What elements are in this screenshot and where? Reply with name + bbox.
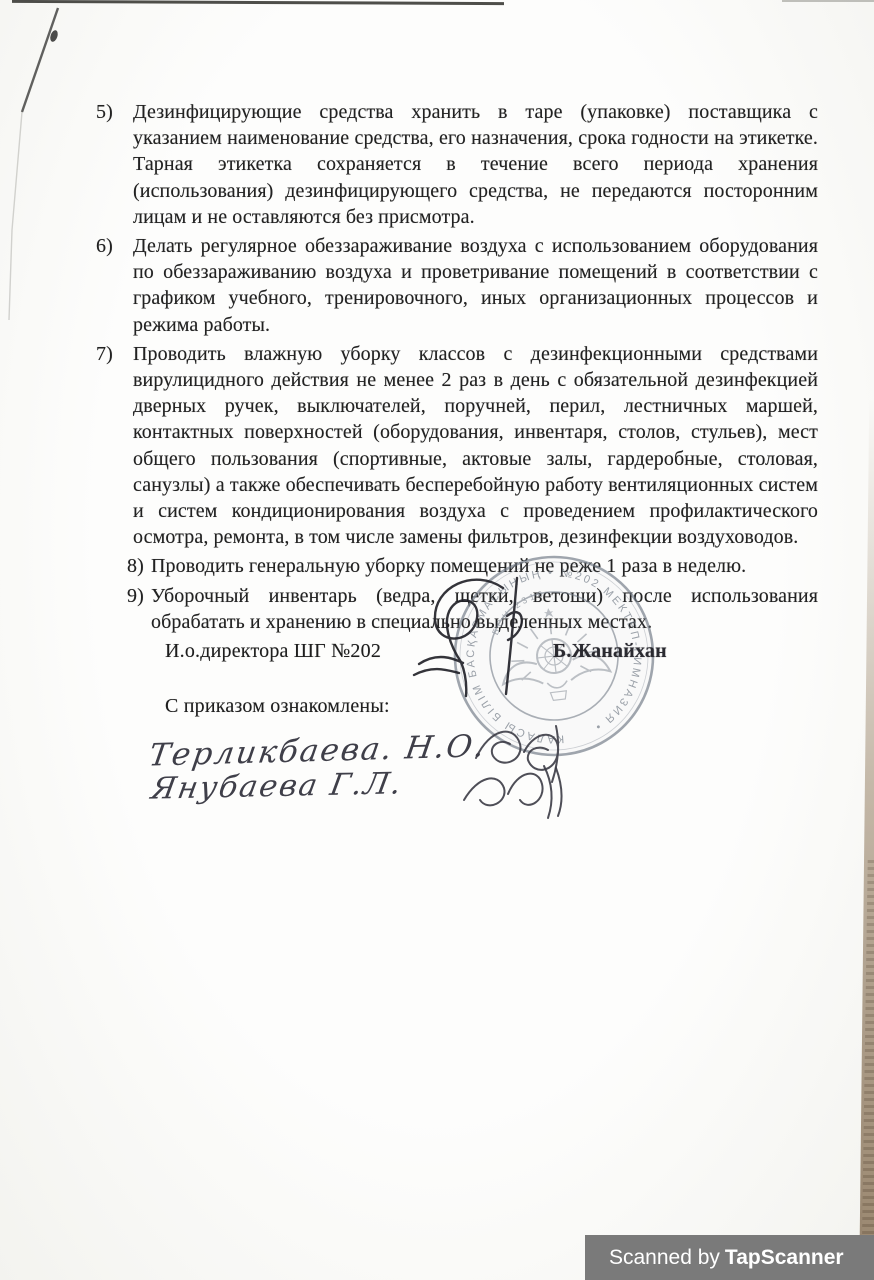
item-text: Делать регулярное обеззараживание воздух…: [133, 233, 818, 338]
director-signature: [405, 572, 530, 717]
scanned-page: 5) Дезинфицирующие средства хранить в та…: [0, 0, 874, 1280]
item-number: 5): [96, 99, 133, 230]
handwritten-name-1: Терликбаева. Н.О.: [147, 728, 489, 773]
order-item-5: 5) Дезинфицирующие средства хранить в та…: [96, 99, 818, 230]
item-number: 8): [127, 553, 151, 579]
item-text: Проводить влажную уборку классов с дезин…: [133, 341, 818, 551]
tapscanner-watermark: Scanned by TapScanner: [585, 1235, 874, 1280]
order-item-7: 7) Проводить влажную уборку классов с де…: [96, 341, 818, 551]
order-list: 5) Дезинфицирующие средства хранить в та…: [96, 99, 818, 638]
acknowledgement-label: С приказом ознакомлены:: [165, 695, 390, 718]
staff-signature-2: [458, 760, 573, 822]
order-item-6: 6) Делать регулярное обеззараживание воз…: [96, 233, 818, 338]
item-number: 7): [96, 341, 133, 551]
item-number: 6): [96, 233, 133, 338]
item-number: 9): [127, 583, 151, 635]
director-name: Б.Жанайхан: [553, 640, 667, 663]
watermark-brand: TapScanner: [725, 1246, 844, 1270]
handwritten-name-2: Янубаева Г.Л.: [148, 766, 405, 806]
item-text: Дезинфицирующие средства хранить в таре …: [133, 99, 818, 230]
director-title: И.о.директора ШГ №202: [165, 640, 381, 663]
watermark-prefix: Scanned by: [609, 1246, 720, 1270]
scan-top-right-edge-artifact: [782, 0, 874, 2]
